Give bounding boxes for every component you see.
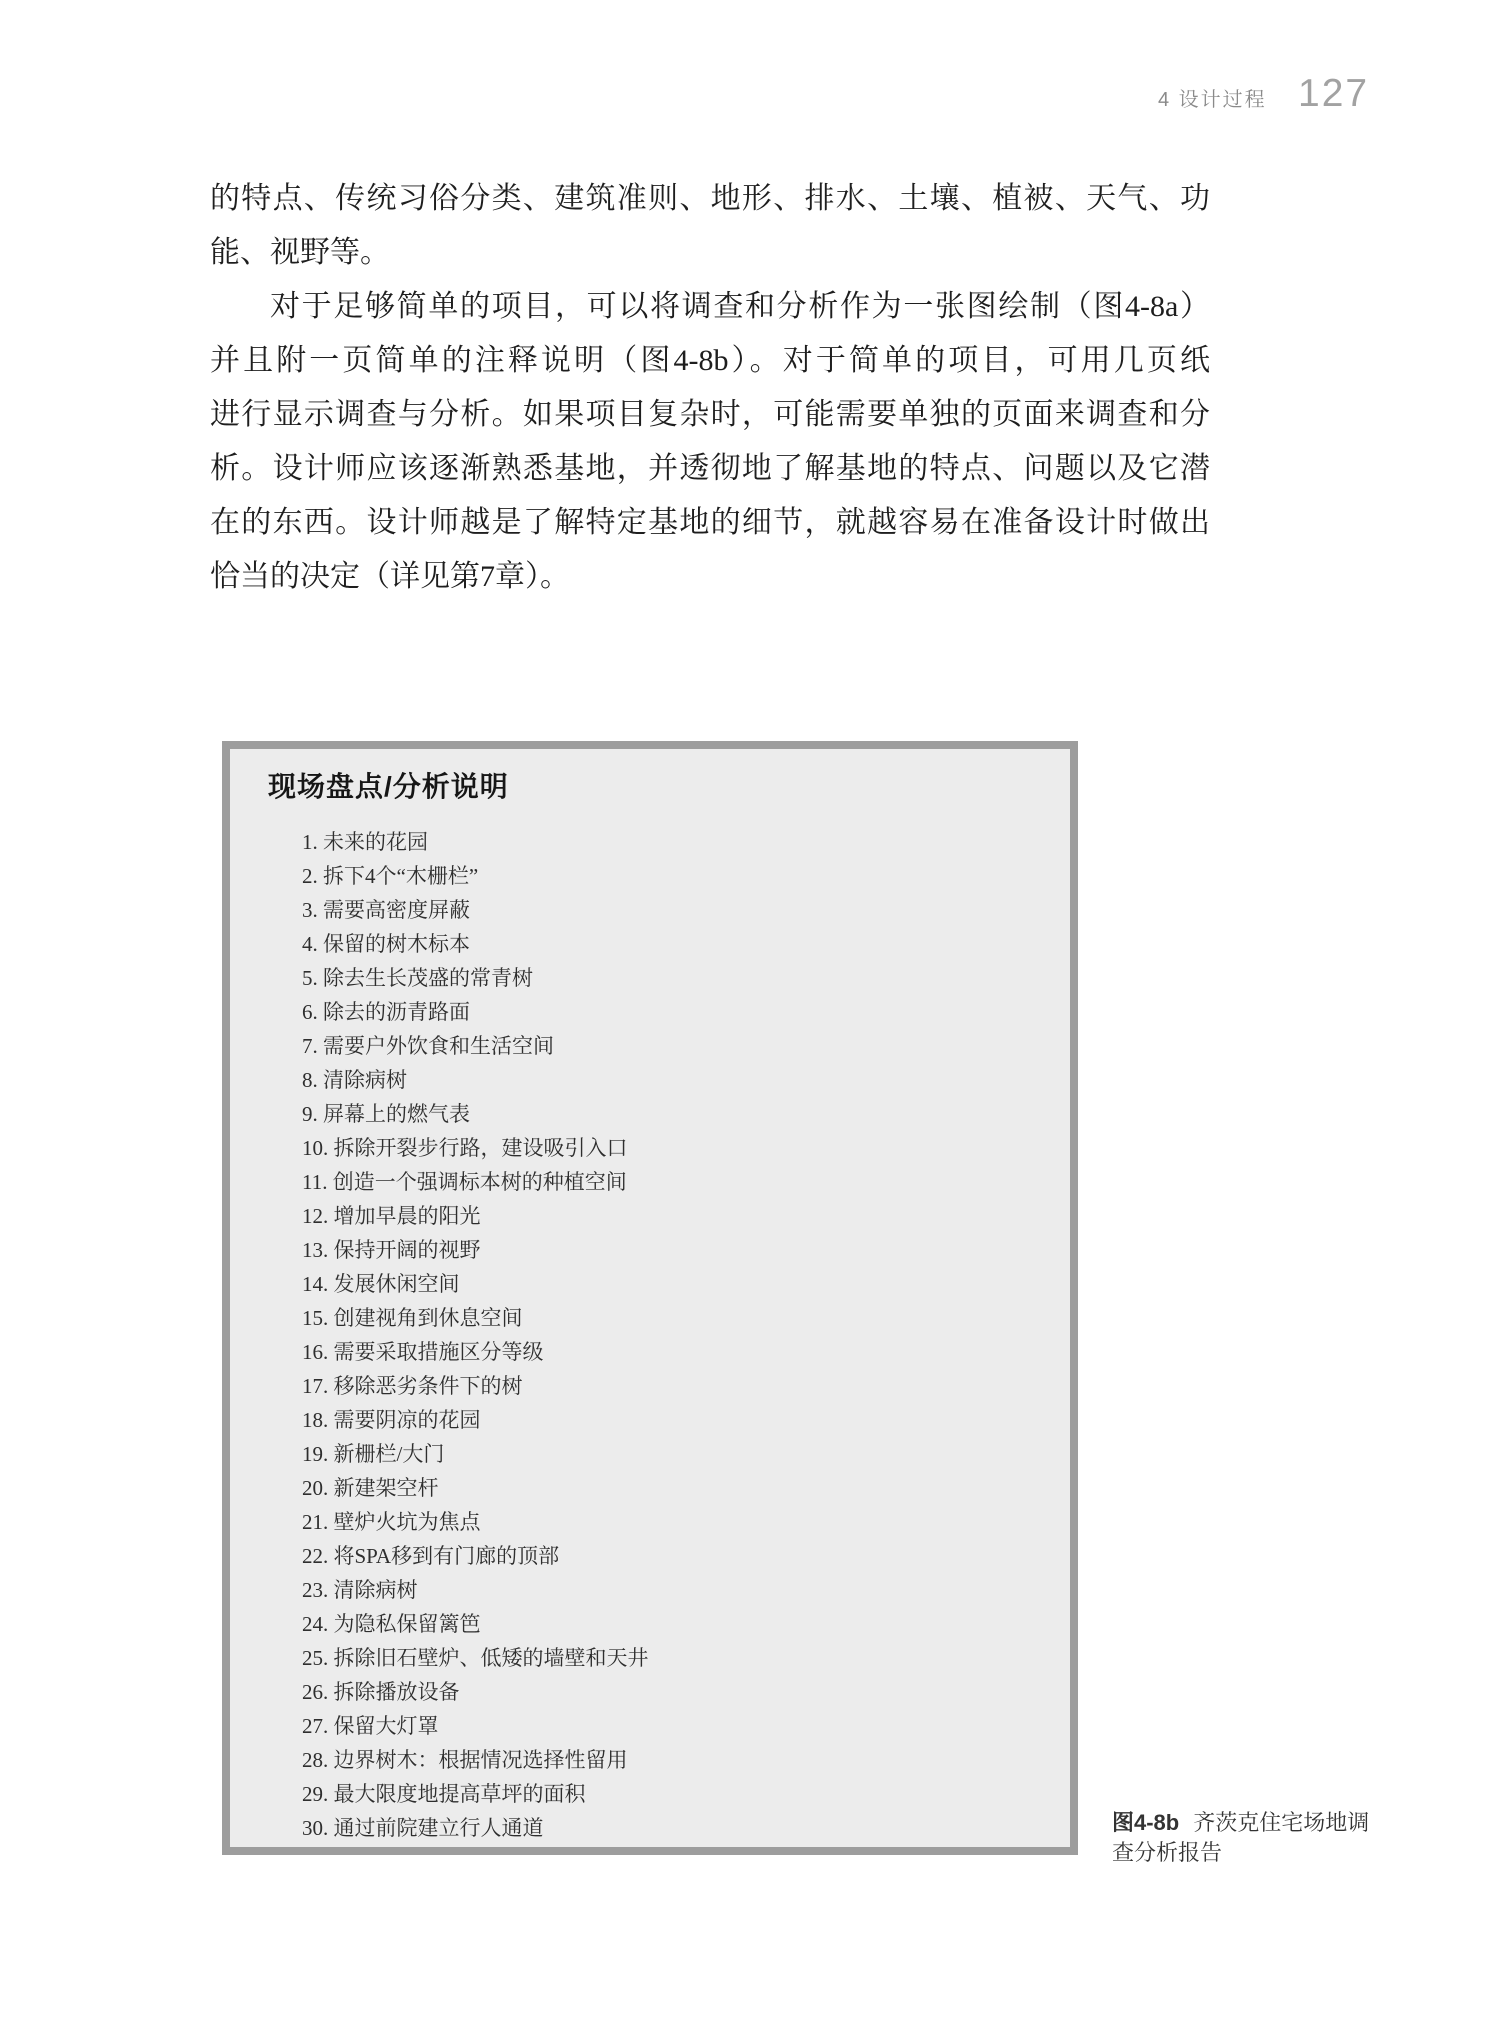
analysis-note-item: 5. 除去生长茂盛的常青树 [302, 961, 649, 995]
analysis-note-item: 30. 通过前院建立行人通道 [302, 1811, 649, 1845]
analysis-note-item: 18. 需要阴凉的花园 [302, 1403, 649, 1437]
analysis-note-item: 8. 清除病树 [302, 1063, 649, 1097]
body-text: 的特点、传统习俗分类、建筑准则、地形、排水、土壤、植被、天气、功能、视野等。对于… [210, 172, 1210, 604]
page-number: 127 [1298, 74, 1369, 113]
figure-caption: 图4-8b齐茨克住宅场地调查分析报告 [1112, 1808, 1390, 1868]
analysis-note-item: 20. 新建架空杆 [302, 1471, 649, 1505]
body-line: 对于足够简单的项目，可以将调查和分析作为一张图绘制（图4-8a） [210, 280, 1210, 334]
analysis-note-item: 7. 需要户外饮食和生活空间 [302, 1029, 649, 1063]
body-line: 在的东西。设计师越是了解特定基地的细节，就越容易在准备设计时做出 [210, 496, 1210, 550]
running-head-chapter: 4 设计过程 [1158, 90, 1267, 110]
analysis-note-item: 4. 保留的树木标本 [302, 927, 649, 961]
analysis-note-item: 29. 最大限度地提高草坪的面积 [302, 1777, 649, 1811]
analysis-note-item: 13. 保持开阔的视野 [302, 1233, 649, 1267]
analysis-note-item: 28. 边界树木：根据情况选择性留用 [302, 1743, 649, 1777]
body-line: 的特点、传统习俗分类、建筑准则、地形、排水、土壤、植被、天气、功 [210, 172, 1210, 226]
analysis-note-item: 9. 屏幕上的燃气表 [302, 1097, 649, 1131]
body-line: 进行显示调查与分析。如果项目复杂时，可能需要单独的页面来调查和分 [210, 388, 1210, 442]
analysis-note-item: 24. 为隐私保留篱笆 [302, 1607, 649, 1641]
analysis-note-item: 26. 拆除播放设备 [302, 1675, 649, 1709]
analysis-note-item: 25. 拆除旧石壁炉、低矮的墙壁和天井 [302, 1641, 649, 1675]
figure-caption-label: 图4-8b [1112, 1810, 1179, 1835]
body-line: 并且附一页简单的注释说明（图4-8b）。对于简单的项目，可用几页纸 [210, 334, 1210, 388]
analysis-note-item: 15. 创建视角到休息空间 [302, 1301, 649, 1335]
analysis-note-item: 14. 发展休闲空间 [302, 1267, 649, 1301]
analysis-note-item: 22. 将SPA移到有门廊的顶部 [302, 1539, 649, 1573]
analysis-note-list: 1. 未来的花园2. 拆下4个“木栅栏”3. 需要高密度屏蔽4. 保留的树木标本… [302, 825, 649, 1845]
analysis-note-item: 12. 增加早晨的阳光 [302, 1199, 649, 1233]
analysis-note-item: 11. 创造一个强调标本树的种植空间 [302, 1165, 649, 1199]
analysis-note-item: 10. 拆除开裂步行路，建设吸引入口 [302, 1131, 649, 1165]
box-title: 现场盘点/分析说明 [268, 765, 509, 805]
body-line: 析。设计师应该逐渐熟悉基地，并透彻地了解基地的特点、问题以及它潜 [210, 442, 1210, 496]
analysis-note-item: 1. 未来的花园 [302, 825, 649, 859]
analysis-note-item: 23. 清除病树 [302, 1573, 649, 1607]
analysis-note-item: 2. 拆下4个“木栅栏” [302, 859, 649, 893]
analysis-note-item: 27. 保留大灯罩 [302, 1709, 649, 1743]
analysis-note-item: 3. 需要高密度屏蔽 [302, 893, 649, 927]
analysis-note-item: 6. 除去的沥青路面 [302, 995, 649, 1029]
site-analysis-box: 现场盘点/分析说明 1. 未来的花园2. 拆下4个“木栅栏”3. 需要高密度屏蔽… [222, 741, 1078, 1855]
book-page: 4 设计过程 127 的特点、传统习俗分类、建筑准则、地形、排水、土壤、植被、天… [0, 0, 1500, 2021]
analysis-note-item: 21. 壁炉火坑为焦点 [302, 1505, 649, 1539]
body-line: 能、视野等。 [210, 226, 1210, 280]
analysis-note-item: 19. 新栅栏/大门 [302, 1437, 649, 1471]
analysis-note-item: 17. 移除恶劣条件下的树 [302, 1369, 649, 1403]
analysis-note-item: 16. 需要采取措施区分等级 [302, 1335, 649, 1369]
body-line: 恰当的决定（详见第7章）。 [210, 550, 1210, 604]
